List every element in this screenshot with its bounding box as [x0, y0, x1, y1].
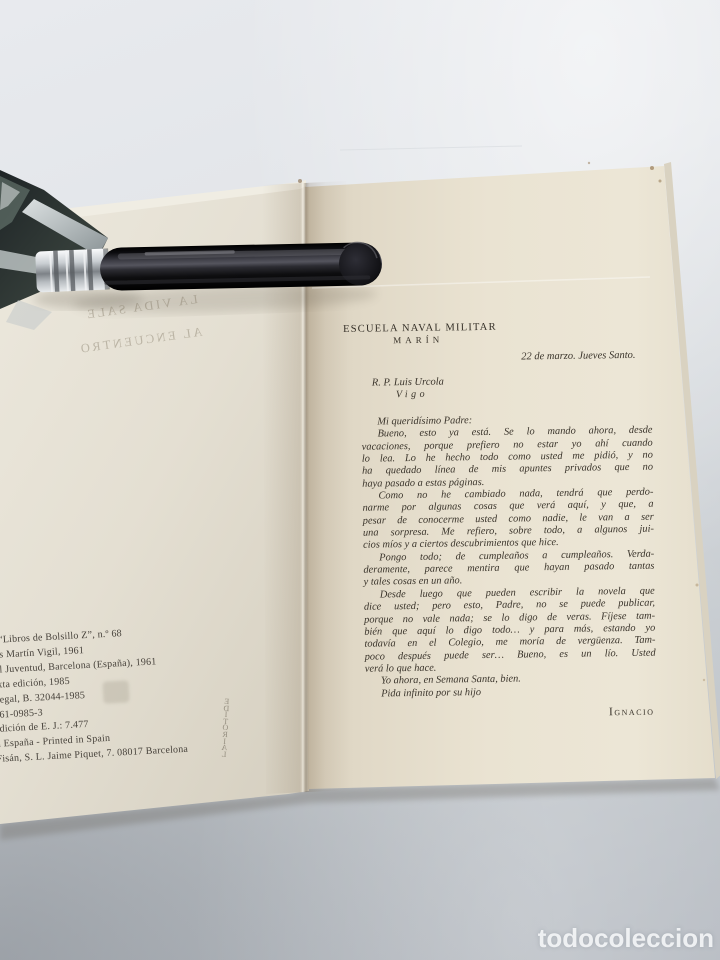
- magnifying-glass: [0, 0, 720, 960]
- magnifier-ferrule: [35, 248, 111, 292]
- photo-of-open-book: LA VIDA SALE AL ENCUENTRO EDITORIAL n “L…: [0, 0, 720, 960]
- magnifier-handle: [100, 242, 383, 291]
- todocoleccion-watermark: todocoleccion: [538, 923, 714, 954]
